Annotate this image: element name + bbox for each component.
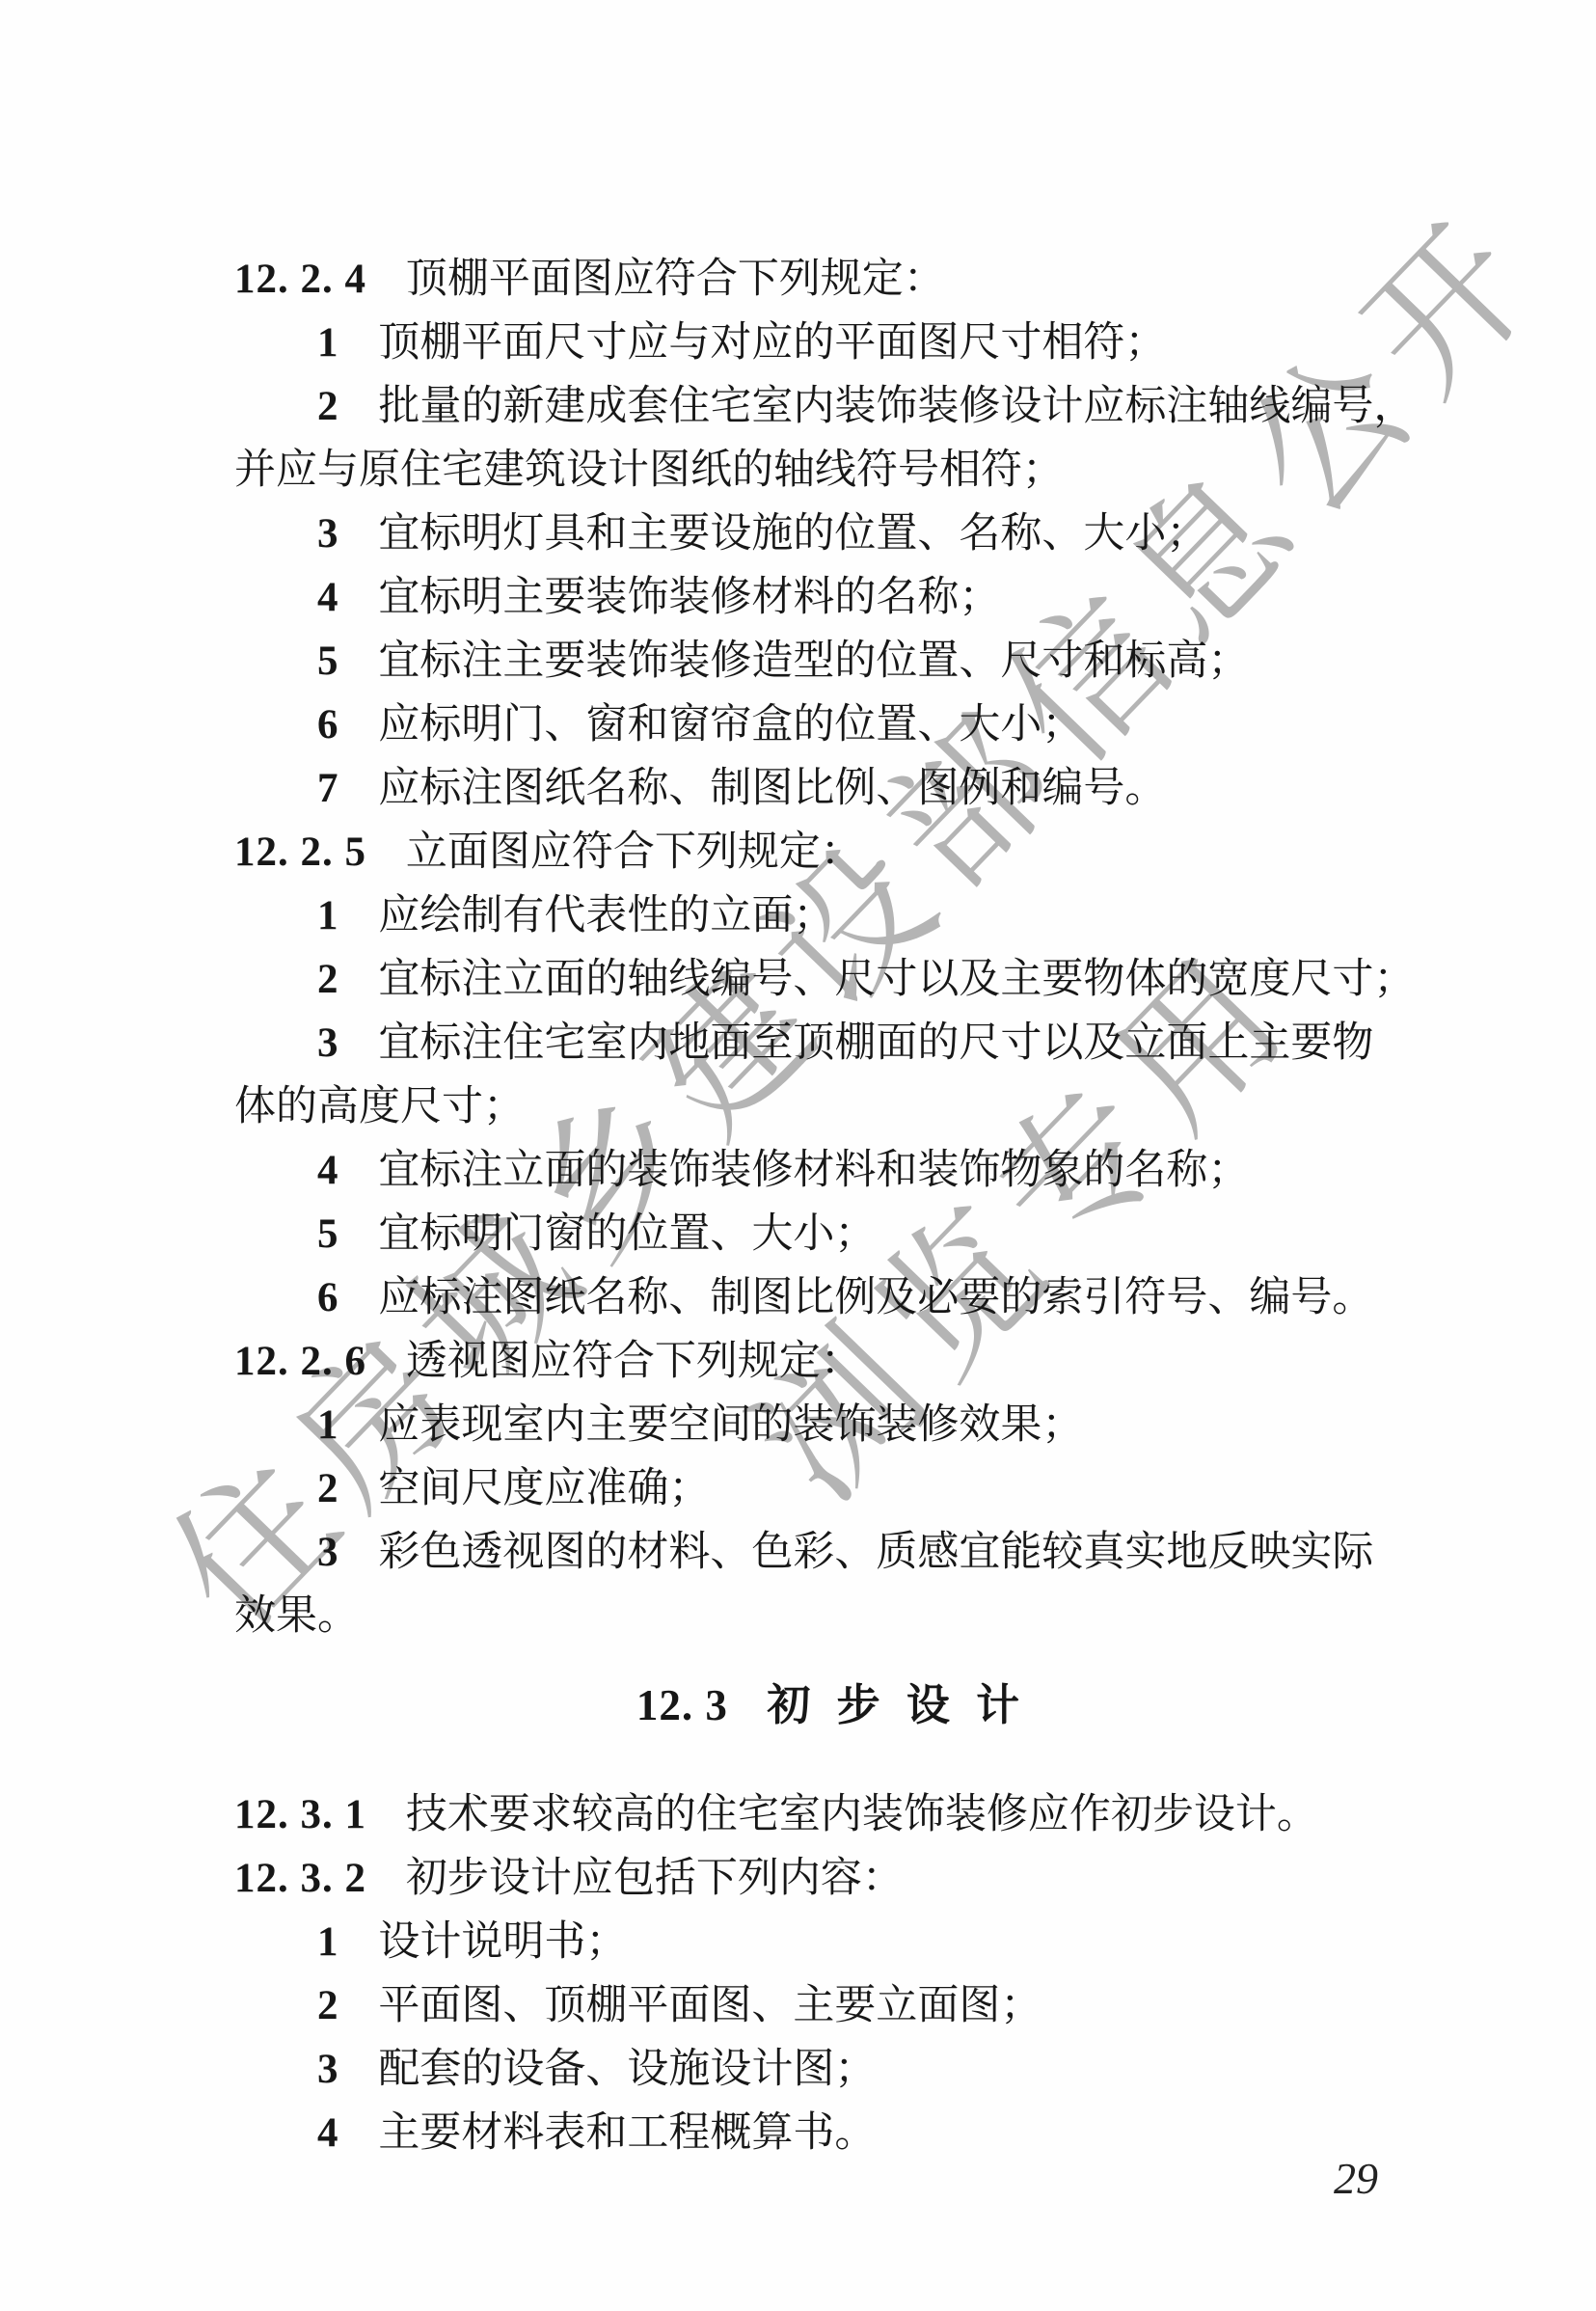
text-line: 宜标注住宅室内地面至顶棚面的尺寸以及立面上主要物: [378, 1020, 1373, 1066]
section-heading: 12. 3初 步 设 计: [234, 1673, 1422, 1737]
heading-text: 初 步 设 计: [767, 1681, 1020, 1729]
item-text: 宜标明灯具和主要设施的位置、名称、大小；: [378, 511, 1207, 557]
list-item: 1设计说明书；: [234, 1911, 1422, 1974]
item-number: 4: [317, 575, 339, 620]
document-page: 住房城乡建设部信息公开 浏览专用 12. 2. 4顶棚平面图应符合下列规定：1顶…: [0, 0, 1596, 2311]
item-number: 2: [317, 1466, 339, 1511]
item-text: 宜标明门窗的位置、大小；: [378, 1211, 876, 1257]
list-item: 4宜标明主要装饰装修材料的名称；: [234, 566, 1422, 630]
clause-paragraph: 12. 2. 4顶棚平面图应符合下列规定：: [234, 248, 1422, 312]
clause-text: 技术要求较高的住宅室内装饰装修应作初步设计。: [406, 1792, 1318, 1837]
list-item: 1应表现室内主要空间的装饰装修效果；: [234, 1394, 1422, 1457]
item-number: 2: [317, 957, 339, 1002]
clause-number: 12. 2. 5: [234, 829, 366, 875]
list-item: 2空间尺度应准确；: [234, 1457, 1422, 1521]
item-number: 6: [317, 702, 339, 748]
list-item: 5宜标明门窗的位置、大小；: [234, 1203, 1422, 1266]
list-item: 3宜标明灯具和主要设施的位置、名称、大小；: [234, 503, 1422, 566]
text-line: 宜标注立面的轴线编号、尺寸以及主要物体的宽度尺寸；: [378, 957, 1415, 1002]
text-line: 批量的新建成套住宅室内装饰装修设计应标注轴线编号，: [378, 384, 1415, 429]
item-number: 1: [317, 1919, 339, 1965]
item-text: 宜标明主要装饰装修材料的名称；: [378, 575, 1000, 620]
item-number: 1: [317, 320, 339, 366]
item-number: 1: [317, 1402, 339, 1448]
text-line: 设计说明书；: [378, 1919, 627, 1965]
text-line: 技术要求较高的住宅室内装饰装修应作初步设计。: [406, 1792, 1318, 1837]
text-line: 初步设计应包括下列内容：: [406, 1856, 904, 1901]
text-line: 彩色透视图的材料、色彩、质感宜能较真实地反映实际: [378, 1530, 1373, 1575]
clause-paragraph: 12. 2. 5立面图应符合下列规定：: [234, 821, 1422, 884]
item-text: 应标明门、窗和窗帘盒的位置、大小；: [378, 702, 1083, 748]
item-number: 4: [317, 2110, 339, 2156]
item-number: 3: [317, 1020, 339, 1066]
text-line: 宜标注立面的装饰装修材料和装饰物象的名称；: [378, 1148, 1249, 1193]
item-text: 宜标注立面的轴线编号、尺寸以及主要物体的宽度尺寸；: [378, 957, 1415, 1002]
list-item: 3配套的设备、设施设计图；: [234, 2038, 1422, 2102]
item-text: 批量的新建成套住宅室内装饰装修设计应标注轴线编号，并应与原住宅建筑设计图纸的轴线…: [234, 384, 1415, 493]
page-number: 29: [1334, 2153, 1378, 2204]
text-line: 宜标注主要装饰装修造型的位置、尺寸和标高；: [378, 639, 1249, 684]
item-text: 宜标注主要装饰装修造型的位置、尺寸和标高；: [378, 639, 1249, 684]
text-line: 应标明门、窗和窗帘盒的位置、大小；: [378, 702, 1083, 748]
item-number: 7: [317, 766, 339, 811]
clause-paragraph: 12. 3. 2初步设计应包括下列内容：: [234, 1847, 1422, 1911]
text-line: 顶棚平面图应符合下列规定：: [406, 257, 945, 302]
clause-number: 12. 3. 2: [234, 1856, 366, 1901]
item-number: 4: [317, 1148, 339, 1193]
item-number: 2: [317, 384, 339, 429]
item-text: 应标注图纸名称、制图比例、图例和编号。: [378, 766, 1166, 811]
text-line: 主要材料表和工程概算书。: [378, 2110, 876, 2156]
text-line: 立面图应符合下列规定：: [406, 829, 862, 875]
text-line: 空间尺度应准确；: [378, 1466, 710, 1511]
item-number: 2: [317, 1983, 339, 2028]
item-text: 设计说明书；: [378, 1919, 627, 1965]
text-line: 顶棚平面尺寸应与对应的平面图尺寸相符；: [378, 320, 1166, 366]
text-line: 体的高度尺寸；: [234, 1084, 525, 1129]
text-line: 宜标明门窗的位置、大小；: [378, 1211, 876, 1257]
list-item: 4主要材料表和工程概算书。: [234, 2102, 1422, 2165]
item-number: 1: [317, 893, 339, 938]
text-line: 平面图、顶棚平面图、主要立面图；: [378, 1983, 1041, 2028]
text-line: 透视图应符合下列规定：: [406, 1339, 862, 1384]
item-text: 空间尺度应准确；: [378, 1466, 710, 1511]
item-text: 主要材料表和工程概算书。: [378, 2110, 876, 2156]
list-item: 3宜标注住宅室内地面至顶棚面的尺寸以及立面上主要物体的高度尺寸；: [234, 1012, 1422, 1139]
item-text: 宜标注立面的装饰装修材料和装饰物象的名称；: [378, 1148, 1249, 1193]
clause-text: 顶棚平面图应符合下列规定：: [406, 257, 945, 302]
list-item: 5宜标注主要装饰装修造型的位置、尺寸和标高；: [234, 630, 1422, 693]
list-item: 1应绘制有代表性的立面；: [234, 884, 1422, 948]
list-item: 3彩色透视图的材料、色彩、质感宜能较真实地反映实际效果。: [234, 1521, 1422, 1648]
item-number: 3: [317, 511, 339, 557]
list-item: 1顶棚平面尺寸应与对应的平面图尺寸相符；: [234, 312, 1422, 375]
heading-number: 12. 3: [636, 1681, 728, 1729]
text-line: 宜标明灯具和主要设施的位置、名称、大小；: [378, 511, 1207, 557]
list-item: 2批量的新建成套住宅室内装饰装修设计应标注轴线编号，并应与原住宅建筑设计图纸的轴…: [234, 375, 1422, 503]
clause-paragraph: 12. 3. 1技术要求较高的住宅室内装饰装修应作初步设计。: [234, 1783, 1422, 1847]
text-line: 宜标明主要装饰装修材料的名称；: [378, 575, 1000, 620]
item-text: 配套的设备、设施设计图；: [378, 2047, 876, 2092]
clause-text: 透视图应符合下列规定：: [406, 1339, 862, 1384]
item-text: 平面图、顶棚平面图、主要立面图；: [378, 1983, 1041, 2028]
list-item: 7应标注图纸名称、制图比例、图例和编号。: [234, 757, 1422, 821]
text-line: 应表现室内主要空间的装饰装修效果；: [378, 1402, 1083, 1448]
item-text: 应标注图纸名称、制图比例及必要的索引符号、编号。: [378, 1275, 1373, 1320]
list-item: 2宜标注立面的轴线编号、尺寸以及主要物体的宽度尺寸；: [234, 948, 1422, 1012]
clause-number: 12. 2. 6: [234, 1339, 366, 1384]
clause-paragraph: 12. 2. 6透视图应符合下列规定：: [234, 1330, 1422, 1394]
document-content: 12. 2. 4顶棚平面图应符合下列规定：1顶棚平面尺寸应与对应的平面图尺寸相符…: [234, 248, 1422, 2165]
text-line: 配套的设备、设施设计图；: [378, 2047, 876, 2092]
item-text: 彩色透视图的材料、色彩、质感宜能较真实地反映实际效果。: [234, 1530, 1373, 1639]
clause-number: 12. 3. 1: [234, 1792, 366, 1837]
text-line: 并应与原住宅建筑设计图纸的轴线符号相符；: [234, 448, 1064, 493]
list-item: 4宜标注立面的装饰装修材料和装饰物象的名称；: [234, 1139, 1422, 1203]
clause-number: 12. 2. 4: [234, 257, 366, 302]
item-text: 顶棚平面尺寸应与对应的平面图尺寸相符；: [378, 320, 1166, 366]
item-number: 3: [317, 2047, 339, 2092]
text-line: 应标注图纸名称、制图比例及必要的索引符号、编号。: [378, 1275, 1373, 1320]
list-item: 6应标注图纸名称、制图比例及必要的索引符号、编号。: [234, 1266, 1422, 1330]
item-number: 5: [317, 639, 339, 684]
clause-text: 初步设计应包括下列内容：: [406, 1856, 904, 1901]
item-text: 宜标注住宅室内地面至顶棚面的尺寸以及立面上主要物体的高度尺寸；: [234, 1020, 1373, 1129]
clause-text: 立面图应符合下列规定：: [406, 829, 862, 875]
item-number: 5: [317, 1211, 339, 1257]
item-text: 应表现室内主要空间的装饰装修效果；: [378, 1402, 1083, 1448]
item-text: 应绘制有代表性的立面；: [378, 893, 834, 938]
item-number: 6: [317, 1275, 339, 1320]
list-item: 6应标明门、窗和窗帘盒的位置、大小；: [234, 693, 1422, 757]
text-line: 应绘制有代表性的立面；: [378, 893, 834, 938]
text-line: 应标注图纸名称、制图比例、图例和编号。: [378, 766, 1166, 811]
item-number: 3: [317, 1530, 339, 1575]
list-item: 2平面图、顶棚平面图、主要立面图；: [234, 1974, 1422, 2038]
text-line: 效果。: [234, 1593, 359, 1639]
